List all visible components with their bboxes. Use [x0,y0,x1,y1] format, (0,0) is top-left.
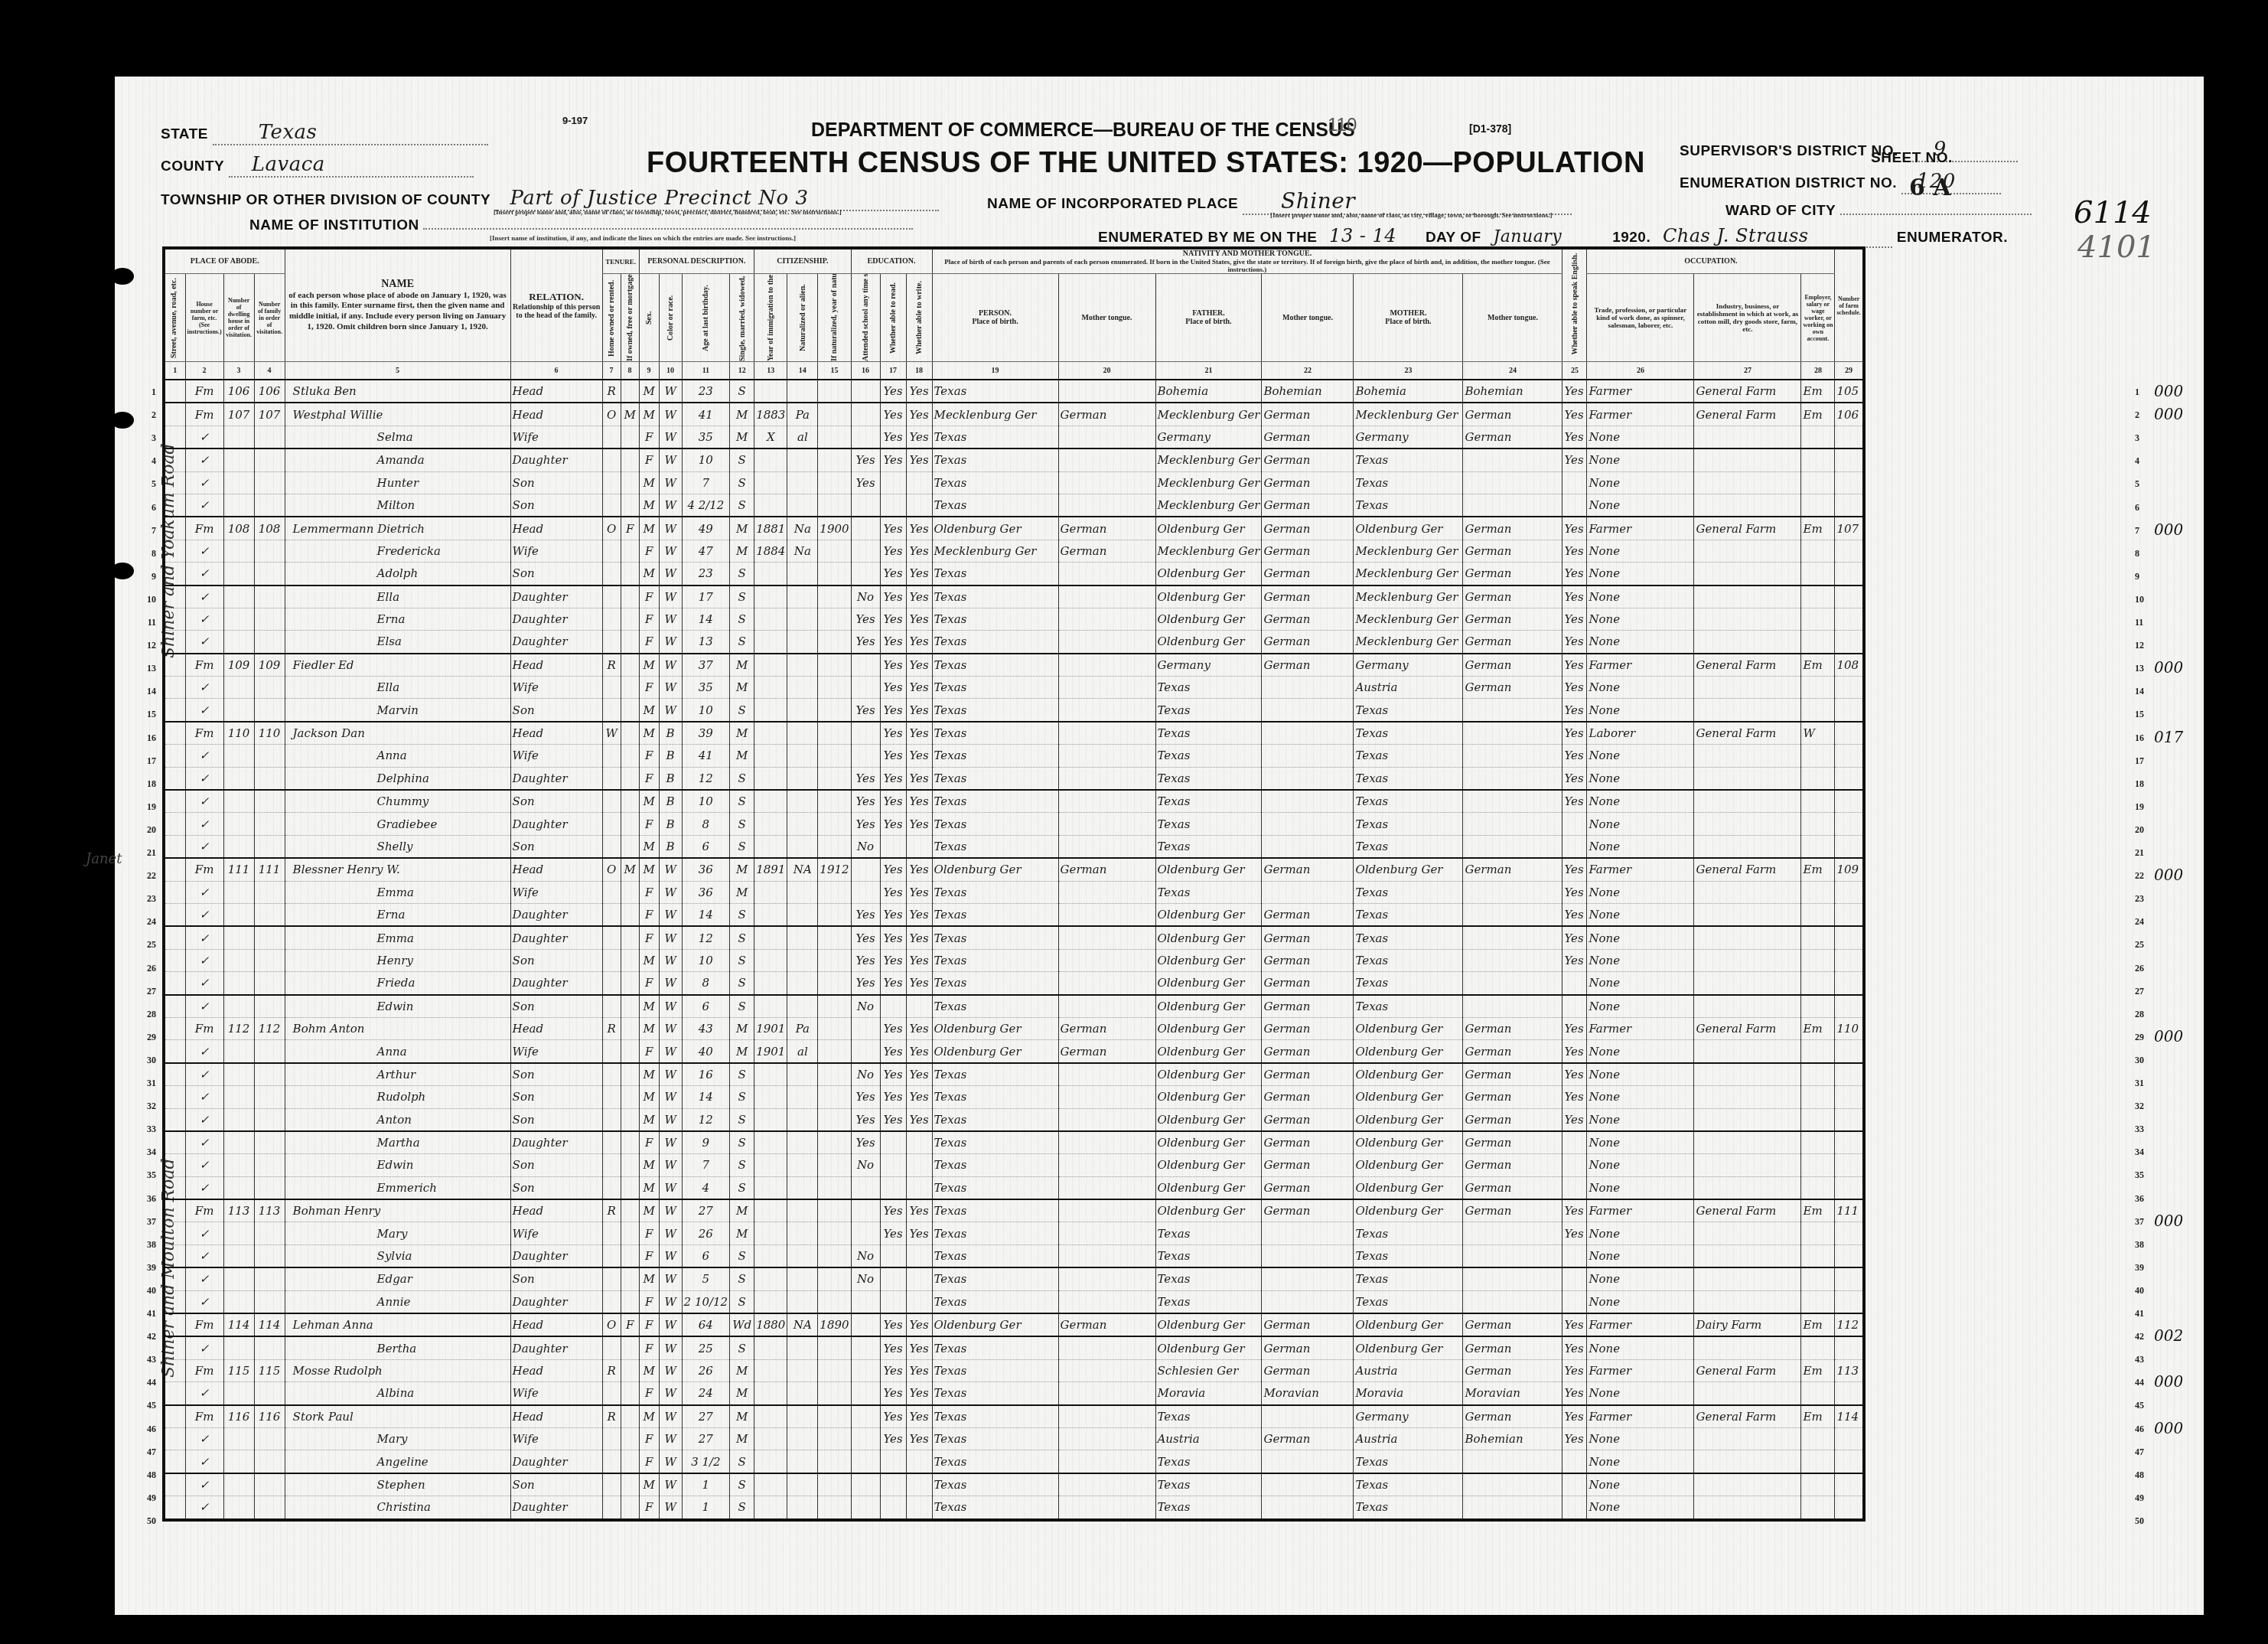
cell-mother-tongue: German [1058,1040,1155,1063]
header-relation-title: RELATION. [513,291,601,303]
cell-house-number: Fm [185,1313,223,1336]
cell-mother-birthplace: Texas [1354,699,1463,722]
line-number: 2 [138,409,156,421]
line-number: 15 [138,709,156,720]
cell-dwelling-number: 109 [223,654,254,677]
cell-dwelling-number [223,1450,254,1473]
cell-person-name: Marvin [285,699,510,722]
cell-naturalized [787,767,818,790]
cell-mother-tongue [1058,813,1155,835]
cell-mother-tongue [1058,699,1155,722]
table-row: ✓MarthaDaughterFW9SYesTexasOldenburg Ger… [164,1131,1864,1154]
cell-father-birthplace: Texas [1155,1267,1262,1290]
cell-marital-status: S [730,835,754,858]
cell-family-number [254,813,285,835]
cell-mother-birthplace: Texas [1354,1244,1463,1267]
line-number: 25 [138,939,156,951]
cell-person-name: Ella [285,586,510,608]
cell-employer-class [1801,949,1835,971]
cell-family-number [254,790,285,813]
cell-marital-status: S [730,1176,754,1199]
cell-father-tongue: German [1262,1359,1354,1381]
cell-marital-status: M [730,1359,754,1381]
cell-mother-birthplace: Mecklenburg Ger [1354,631,1463,654]
cell-employer-class [1801,972,1835,995]
cell-person-name: Anna [285,1040,510,1063]
cell-father-tongue: German [1262,449,1354,471]
cell-naturalization-year [818,677,851,699]
cell-relation: Son [510,471,602,494]
cell-occupation: Farmer [1587,403,1694,426]
cell-sex: F [639,586,659,608]
header-col-24: Mother tongue. [1463,274,1563,362]
cell-house-number: ✓ [185,835,223,858]
cell-read: Yes [880,1017,906,1039]
cell-birthplace: Texas [932,1063,1058,1086]
cell-owned-free [621,835,639,858]
cell-birthplace: Texas [932,835,1058,858]
cell-mother-mother-tongue [1463,1496,1563,1520]
cell-marital-status: S [730,471,754,494]
cell-mother-tongue [1058,1336,1155,1359]
cell-house-number: ✓ [185,745,223,767]
cell-read: Yes [880,1359,906,1381]
table-row: ✓DelphinaDaughterFB12SYesYesYesTexasTexa… [164,767,1864,790]
cell-owned-free [621,631,639,654]
cell-immigration-year: 1880 [754,1313,787,1336]
cell-relation: Head [510,1199,602,1222]
cell-mother-mother-tongue: German [1463,586,1563,608]
cell-family-number: 114 [254,1313,285,1336]
cell-age: 64 [682,1313,730,1336]
cell-race: W [659,586,682,608]
cell-age: 37 [682,654,730,677]
cell-birthplace: Texas [932,699,1058,722]
cell-home-owned: R [602,1359,621,1381]
cell-speak-english: Yes [1563,1017,1587,1039]
cell-marital-status: S [730,1154,754,1176]
cell-naturalization-year [818,926,851,949]
cell-industry [1694,745,1801,767]
cell-sex: F [639,745,659,767]
table-row: ✓ShellySonMB6SNoTexasTexasTexasNone [164,835,1864,858]
cell-dwelling-number [223,1154,254,1176]
cell-street [164,949,185,971]
cell-employer-class [1801,745,1835,767]
cell-mother-mother-tongue [1463,813,1563,835]
cell-family-number [254,745,285,767]
cell-speak-english: Yes [1563,903,1587,926]
cell-naturalized [787,1108,818,1131]
cell-speak-english [1563,813,1587,835]
line-number: 29 [138,1032,156,1043]
cell-naturalized [787,949,818,971]
cell-street [164,1063,185,1086]
cell-naturalized [787,722,818,745]
cell-employer-class [1801,767,1835,790]
cell-naturalization-year [818,1267,851,1290]
cell-mother-birthplace: Oldenburg Ger [1354,1063,1463,1086]
cell-employer-class: Em [1801,1359,1835,1381]
cell-mother-tongue [1058,677,1155,699]
cell-home-owned [602,699,621,722]
cell-father-birthplace: Germany [1155,654,1262,677]
cell-mother-birthplace: Texas [1354,1267,1463,1290]
cell-father-tongue: German [1262,631,1354,654]
table-row: Fm116116Stork PaulHeadRMW27MYesYesTexasT… [164,1405,1864,1428]
cell-occupation: None [1587,972,1694,995]
cell-street [164,1405,185,1428]
cell-immigration-year [754,881,787,903]
cell-write [906,494,932,517]
cell-read: Yes [880,1405,906,1428]
cell-write: Yes [906,790,932,813]
cell-industry [1694,1154,1801,1176]
line-number: 43 [138,1354,156,1365]
table-row: ✓MarvinSonMW10SYesYesYesTexasTexasTexasY… [164,699,1864,722]
cell-marital-status: S [730,380,754,403]
cell-mother-tongue [1058,1359,1155,1381]
cell-farm-schedule [1835,1131,1864,1154]
cell-relation: Son [510,1063,602,1086]
cell-occupation: None [1587,1267,1694,1290]
cell-relation: Daughter [510,1131,602,1154]
cell-industry [1694,494,1801,517]
cell-street [164,745,185,767]
cell-home-owned: R [602,380,621,403]
cell-father-tongue [1262,767,1354,790]
cell-owned-free [621,449,639,471]
cell-mother-birthplace: Austria [1354,1427,1463,1450]
cell-speak-english: Yes [1563,1405,1587,1428]
cell-read: Yes [880,1427,906,1450]
cell-home-owned: O [602,403,621,426]
cell-mother-mother-tongue [1463,790,1563,813]
cell-naturalization-year [818,1359,851,1381]
cell-person-name: Mary [285,1427,510,1450]
cell-farm-schedule [1835,1244,1864,1267]
cell-relation: Wife [510,426,602,449]
cell-father-tongue: German [1262,903,1354,926]
cell-race: W [659,1473,682,1496]
cell-birthplace: Texas [932,1382,1058,1405]
cell-family-number [254,903,285,926]
cell-street [164,426,185,449]
cell-home-owned [602,1450,621,1473]
cell-occupation: Farmer [1587,517,1694,540]
cell-dwelling-number: 106 [223,380,254,403]
cell-home-owned [602,835,621,858]
cell-birthplace: Texas [932,449,1058,471]
cell-read [880,1473,906,1496]
cell-relation: Wife [510,745,602,767]
cell-home-owned [602,813,621,835]
cell-naturalized [787,608,818,630]
cell-owned-free [621,1244,639,1267]
cell-employer-class [1801,1176,1835,1199]
cell-age: 12 [682,767,730,790]
cell-write: Yes [906,813,932,835]
column-number: 27 [1694,362,1801,380]
cell-farm-schedule [1835,677,1864,699]
cell-mother-mother-tongue [1463,949,1563,971]
cell-family-number [254,471,285,494]
cell-person-name: Lemmermann Dietrich [285,517,510,540]
cell-mother-birthplace: Oldenburg Ger [1354,1131,1463,1154]
cell-marital-status: M [730,1405,754,1428]
table-row: ✓ErnaDaughterFW14SYesYesYesTexasOldenbur… [164,903,1864,926]
column-number: 23 [1354,362,1463,380]
cell-age: 26 [682,1222,730,1244]
cell-farm-schedule [1835,563,1864,586]
cell-family-number [254,677,285,699]
cell-birthplace: Texas [932,813,1058,835]
cell-naturalization-year [818,1040,851,1063]
cell-home-owned [602,540,621,562]
cell-farm-schedule [1835,540,1864,562]
cell-write: Yes [906,1359,932,1381]
cell-naturalized [787,881,818,903]
cell-race: W [659,1040,682,1063]
cell-age: 14 [682,1086,730,1108]
cell-industry [1694,1450,1801,1473]
cell-immigration-year [754,1063,787,1086]
cell-occupation: None [1587,1450,1694,1473]
cell-relation: Daughter [510,926,602,949]
cell-speak-english [1563,494,1587,517]
cell-mother-mother-tongue [1463,494,1563,517]
cell-immigration-year: 1891 [754,858,787,881]
cell-employer-class [1801,540,1835,562]
cell-write: Yes [906,972,932,995]
cell-read [880,471,906,494]
cell-sex: F [639,926,659,949]
cell-write: Yes [906,677,932,699]
header-col-8: If owned, free or mortgaged. [621,274,639,362]
header-place-of-abode: PLACE OF ABODE. [164,248,285,274]
line-number: 39 [138,1262,156,1274]
cell-person-name: Anton [285,1108,510,1131]
cell-read: Yes [880,926,906,949]
cell-dwelling-number [223,1222,254,1244]
cell-marital-status: S [730,1473,754,1496]
cell-mother-mother-tongue: German [1463,517,1563,540]
cell-person-name: Angeline [285,1450,510,1473]
cell-mother-birthplace: Oldenburg Ger [1354,1154,1463,1176]
cell-house-number: ✓ [185,631,223,654]
cell-relation: Wife [510,540,602,562]
table-row: Fm106106Stluka BenHeadRMW23SYesYesTexasB… [164,380,1864,403]
enumerator-name: Chas J. Strauss [1655,225,1892,248]
cell-age: 4 [682,1176,730,1199]
cell-relation: Daughter [510,1244,602,1267]
cell-home-owned [602,1176,621,1199]
cell-naturalized [787,745,818,767]
cell-naturalized [787,654,818,677]
table-row: ✓FrederickaWifeFW47M1884NaYesYesMecklenb… [164,540,1864,562]
margin-code: 000 [2154,866,2183,884]
cell-attended-school [851,426,880,449]
table-row: ✓EllaWifeFW35MYesYesTexasTexasAustriaGer… [164,677,1864,699]
cell-person-name: Ella [285,677,510,699]
cell-employer-class [1801,1473,1835,1496]
cell-write: Yes [906,426,932,449]
cell-employer-class [1801,494,1835,517]
county-label: COUNTY [161,158,224,175]
table-row: ✓EmmaDaughterFW12SYesYesYesTexasOldenbur… [164,926,1864,949]
cell-read: Yes [880,881,906,903]
cell-industry: Dairy Farm [1694,1313,1801,1336]
cell-write: Yes [906,1427,932,1450]
cell-relation: Daughter [510,1496,602,1520]
line-number: 32 [138,1101,156,1112]
cell-age: 43 [682,1017,730,1039]
cell-immigration-year [754,1267,787,1290]
line-number: 2 [2135,409,2139,421]
cell-house-number: Fm [185,1359,223,1381]
cell-street [164,677,185,699]
cell-home-owned: R [602,654,621,677]
cell-race: W [659,1427,682,1450]
cell-farm-schedule [1835,1290,1864,1313]
cell-age: 9 [682,1131,730,1154]
cell-owned-free [621,745,639,767]
cell-read [880,1290,906,1313]
cell-mother-birthplace: Bohemia [1354,380,1463,403]
header-nativity-note: Place of birth of each person and parent… [934,258,1561,273]
cell-birthplace: Texas [932,1176,1058,1199]
cell-dwelling-number [223,1108,254,1131]
cell-write [906,1154,932,1176]
cell-mother-tongue [1058,608,1155,630]
ward-label: WARD OF CITY [1725,203,1836,219]
cell-speak-english [1563,1496,1587,1520]
cell-industry: General Farm [1694,1017,1801,1039]
cell-street [164,790,185,813]
cell-home-owned [602,1427,621,1450]
cell-street [164,540,185,562]
line-number: 36 [138,1193,156,1205]
cell-family-number [254,767,285,790]
cell-relation: Son [510,1473,602,1496]
cell-father-tongue: German [1262,494,1354,517]
cell-birthplace: Texas [932,881,1058,903]
cell-father-tongue [1262,835,1354,858]
margin-number: 6114 [2074,195,2152,230]
cell-employer-class [1801,1496,1835,1520]
cell-sex: F [639,1290,659,1313]
cell-immigration-year: 1883 [754,403,787,426]
cell-naturalized [787,699,818,722]
cell-street [164,1108,185,1131]
cell-age: 23 [682,380,730,403]
cell-age: 40 [682,1040,730,1063]
sheet-label: SHEET NO. [1871,150,1953,167]
line-number: 7 [138,525,156,537]
table-row: ✓MaryWifeFW26MYesYesTexasTexasTexasYesNo… [164,1222,1864,1244]
line-number: 27 [2135,986,2144,997]
cell-speak-english: Yes [1563,540,1587,562]
column-number: 26 [1587,362,1694,380]
cell-birthplace: Texas [932,1244,1058,1267]
cell-sex: F [639,813,659,835]
cell-marital-status: M [730,745,754,767]
county-value: Lavaca [229,153,474,178]
cell-write: Yes [906,1017,932,1039]
cell-read: Yes [880,540,906,562]
cell-home-owned [602,586,621,608]
cell-home-owned [602,926,621,949]
cell-attended-school [851,1017,880,1039]
cell-occupation: None [1587,426,1694,449]
cell-age: 16 [682,1063,730,1086]
line-number: 17 [138,755,156,767]
cell-dwelling-number [223,1473,254,1496]
cell-person-name: Emma [285,926,510,949]
cell-naturalization-year [818,1244,851,1267]
cell-birthplace: Texas [932,1427,1058,1450]
cell-immigration-year [754,790,787,813]
cell-sex: M [639,654,659,677]
cell-naturalization-year [818,1063,851,1086]
cell-owned-free [621,1176,639,1199]
cell-naturalization-year [818,722,851,745]
cell-street [164,1382,185,1405]
cell-marital-status: S [730,949,754,971]
cell-mother-mother-tongue [1463,1244,1563,1267]
cell-marital-status: S [730,790,754,813]
cell-house-number: ✓ [185,586,223,608]
cell-family-number: 110 [254,722,285,745]
cell-read: Yes [880,380,906,403]
cell-naturalized [787,1063,818,1086]
cell-mother-birthplace: Texas [1354,494,1463,517]
header-col-9: Sex. [639,274,659,362]
cell-race: W [659,1359,682,1381]
cell-relation: Son [510,1086,602,1108]
cell-read: Yes [880,858,906,881]
cell-father-birthplace: Oldenburg Ger [1155,995,1262,1018]
cell-mother-birthplace: Oldenburg Ger [1354,1199,1463,1222]
cell-attended-school [851,1290,880,1313]
cell-race: W [659,1108,682,1131]
cell-father-tongue [1262,1405,1354,1428]
cell-mother-mother-tongue [1463,745,1563,767]
cell-home-owned [602,1267,621,1290]
cell-employer-class: Em [1801,403,1835,426]
cell-person-name: Chummy [285,790,510,813]
cell-naturalized [787,380,818,403]
header-col-21: Place of birth. [1158,318,1260,326]
header-col-22: Mother tongue. [1262,274,1354,362]
cell-industry [1694,1473,1801,1496]
cell-home-owned [602,1131,621,1154]
cell-farm-schedule [1835,949,1864,971]
cell-occupation: None [1587,1176,1694,1199]
cell-industry [1694,926,1801,949]
cell-marital-status: M [730,654,754,677]
cell-house-number: ✓ [185,1154,223,1176]
cell-mother-tongue [1058,835,1155,858]
cell-employer-class: Em [1801,1017,1835,1039]
cell-employer-class: Em [1801,1199,1835,1222]
cell-age: 47 [682,540,730,562]
cell-home-owned [602,903,621,926]
cell-mother-birthplace: Oldenburg Ger [1354,1313,1463,1336]
cell-occupation: None [1587,1040,1694,1063]
cell-person-name: Lehman Anna [285,1313,510,1336]
line-number: 46 [138,1424,156,1435]
